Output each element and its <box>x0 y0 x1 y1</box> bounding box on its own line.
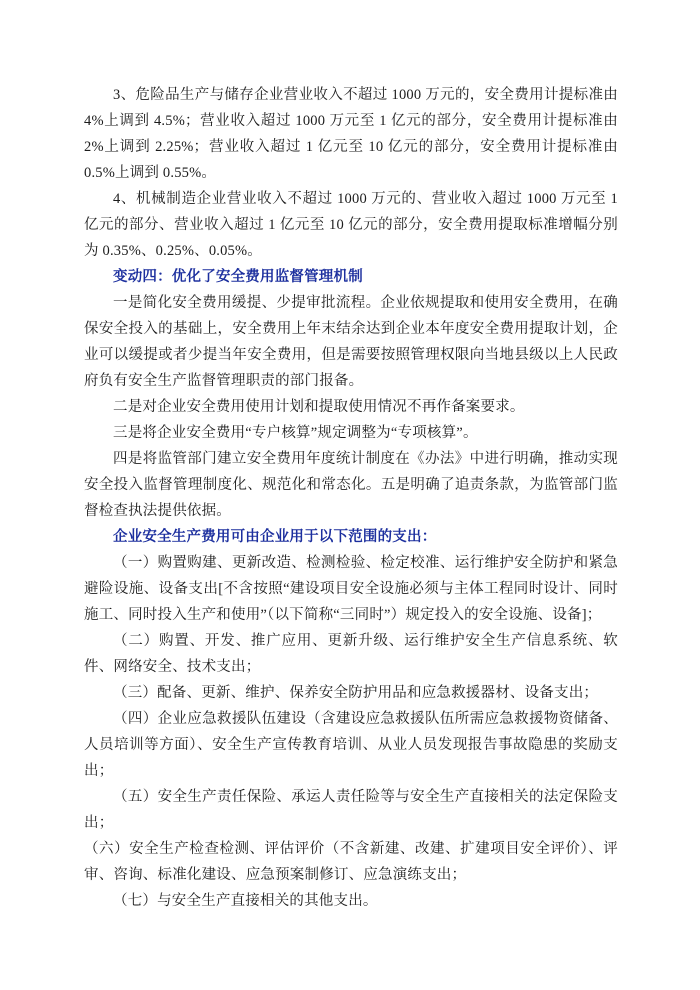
list-item-paragraph: （二）购置、开发、推广应用、更新升级、运行维护安全生产信息系统、软件、网络安全、… <box>84 628 618 680</box>
list-item-paragraph: （一）购置购建、更新改造、检测检验、检定校准、运行维护安全防护和紧急避险设施、设… <box>84 550 618 628</box>
list-item-paragraph: （五）安全生产责任保险、承运人责任险等与安全生产直接相关的法定保险支出； <box>84 784 618 836</box>
list-item-paragraph: （六）安全生产检查检测、评估评价（不含新建、改建、扩建项目安全评价）、评审、咨询… <box>84 836 618 888</box>
list-item-paragraph: （七）与安全生产直接相关的其他支出。 <box>84 888 618 914</box>
body-paragraph: 四是将监管部门建立安全费用年度统计制度在《办法》中进行明确，推动实现安全投入监督… <box>84 446 618 524</box>
list-item-paragraph: （三）配备、更新、维护、保养安全防护用品和应急救援器材、设备支出； <box>84 680 618 706</box>
section-heading-expense-scope: 企业安全生产费用可由企业用于以下范围的支出： <box>84 524 618 550</box>
body-paragraph: 三是将企业安全费用“专户核算”规定调整为“专项核算”。 <box>84 420 618 446</box>
document-page: 3、危险品生产与储存企业营业收入不超过 1000 万元的，安全费用计提标准由 4… <box>0 0 700 990</box>
list-item-paragraph: （四）企业应急救援队伍建设（含建设应急救援队伍所需应急救援物资储备、人员培训等方… <box>84 706 618 784</box>
document-body: 3、危险品生产与储存企业营业收入不超过 1000 万元的，安全费用计提标准由 4… <box>84 82 618 914</box>
body-paragraph: 一是简化安全费用缓提、少提审批流程。企业依规提取和使用安全费用，在确保安全投入的… <box>84 290 618 394</box>
section-heading-change-four: 变动四：优化了安全费用监督管理机制 <box>84 264 618 290</box>
body-paragraph: 3、危险品生产与储存企业营业收入不超过 1000 万元的，安全费用计提标准由 4… <box>84 82 618 186</box>
body-paragraph: 4、机械制造企业营业收入不超过 1000 万元的、营业收入超过 1000 万元至… <box>84 186 618 264</box>
body-paragraph: 二是对企业安全费用使用计划和提取使用情况不再作备案要求。 <box>84 394 618 420</box>
